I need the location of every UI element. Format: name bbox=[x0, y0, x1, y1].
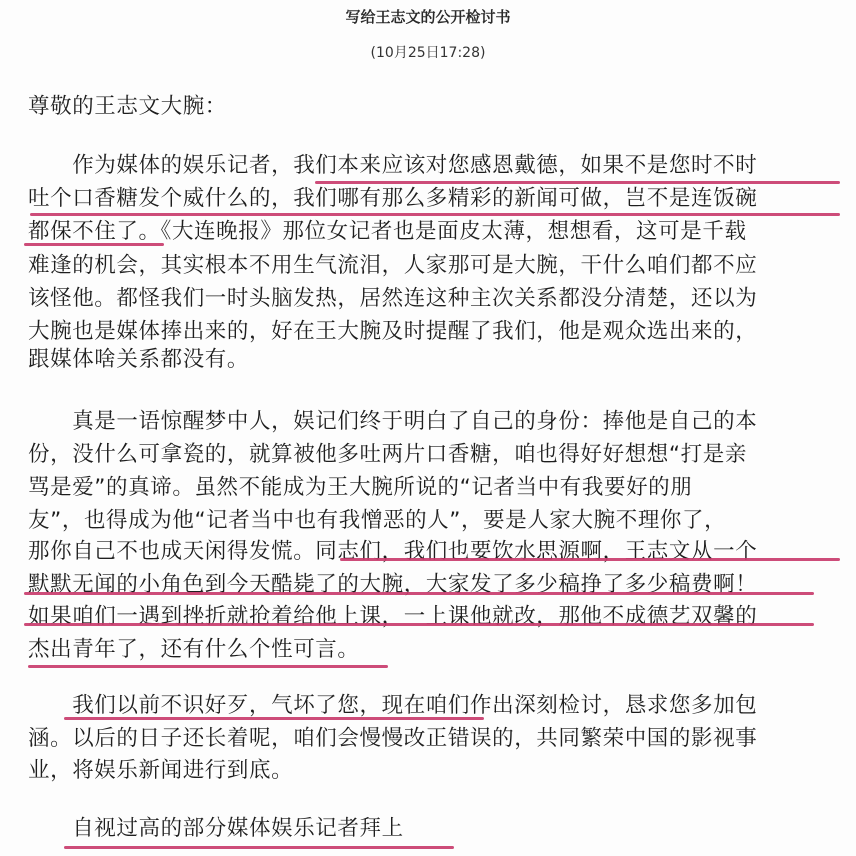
paragraph-3-line-1: 我们以前不识好歹，气坏了您，现在咱们作出深刻检讨，恳求您多加包 bbox=[28, 693, 757, 719]
paragraph-1-line-3: 都保不住了。《大连晚报》那位女记者也是面皮太薄，想想看，这可是千载 bbox=[28, 219, 747, 245]
underline-mark bbox=[64, 717, 484, 720]
underline-mark bbox=[340, 558, 840, 561]
underline-mark bbox=[30, 213, 840, 216]
paragraph-2-line-7: 如果咱们一遇到挫折就抢着给他上课，一上课他就改，那他不成德艺双馨的 bbox=[28, 604, 757, 630]
underline-mark bbox=[315, 181, 840, 184]
paragraph-1-line-4: 难逢的机会，其实根本不用生气流泪，人家那可是大腕，干什么咱们都不应 bbox=[28, 253, 757, 279]
paragraph-2-line-3: 骂是爱”的真谛。虽然不能成为王大腕所说的“记者当中有我要好的朋 bbox=[28, 475, 692, 501]
underline-mark bbox=[28, 665, 388, 668]
paragraph-1-line-6: 大腕也是媒体捧出来的，好在王大腕及时提醒了我们，他是观众选出来的， bbox=[28, 319, 757, 345]
paragraph-1-line-2: 吐个口香糖发个威什么的，我们哪有那么多精彩的新闻可做，岂不是连饭碗 bbox=[28, 186, 757, 212]
paragraph-1-line-1: 作为媒体的娱乐记者，我们本来应该对您感恩戴德，如果不是您时不时 bbox=[28, 153, 757, 179]
scanned-letter-page: 写给王志文的公开检讨书 (10月25日17:28) 尊敬的王志文大腕： 作为媒体… bbox=[0, 0, 856, 856]
paragraph-3-line-2: 涵。以后的日子还长着呢，咱们会慢慢改正错误的，共同繁荣中国的影视事 bbox=[28, 726, 757, 752]
underline-mark bbox=[24, 592, 814, 595]
paragraph-2-line-1: 真是一语惊醒梦中人，娱记们终于明白了自己的身份：捧他是自己的本 bbox=[28, 409, 757, 435]
document-title: 写给王志文的公开检讨书 bbox=[0, 6, 856, 27]
paragraph-2-line-5: 那你自己不也成天闲得发慌。同志们，我们也要饮水思源啊，王志文从一个 bbox=[28, 539, 757, 565]
paragraph-1-line-5: 该怪他。都怪我们一时头脑发热，居然连这种主次关系都没分清楚，还以为 bbox=[28, 286, 757, 312]
underline-mark bbox=[24, 243, 164, 246]
salutation: 尊敬的王志文大腕： bbox=[28, 94, 227, 120]
paragraph-3-line-3: 业，将娱乐新闻进行到底。 bbox=[28, 758, 293, 784]
paragraph-2-line-4: 友”，也得成为他“记者当中也有我憎恶的人”，要是人家大腕不理你了， bbox=[28, 508, 726, 534]
paragraph-2-line-8: 杰出青年了，还有什么个性可言。 bbox=[28, 637, 360, 663]
underline-mark bbox=[24, 623, 814, 626]
underline-mark bbox=[64, 846, 454, 849]
signoff: 自视过高的部分媒体娱乐记者拜上 bbox=[28, 816, 404, 842]
paragraph-2-line-2: 份，没什么可拿瓷的，就算被他多吐两片口香糖，咱也得好好想想“打是亲 bbox=[28, 442, 747, 468]
paragraph-1-line-7: 跟媒体啥关系都没有。 bbox=[28, 347, 249, 373]
document-date: (10月25日17:28) bbox=[0, 42, 856, 62]
